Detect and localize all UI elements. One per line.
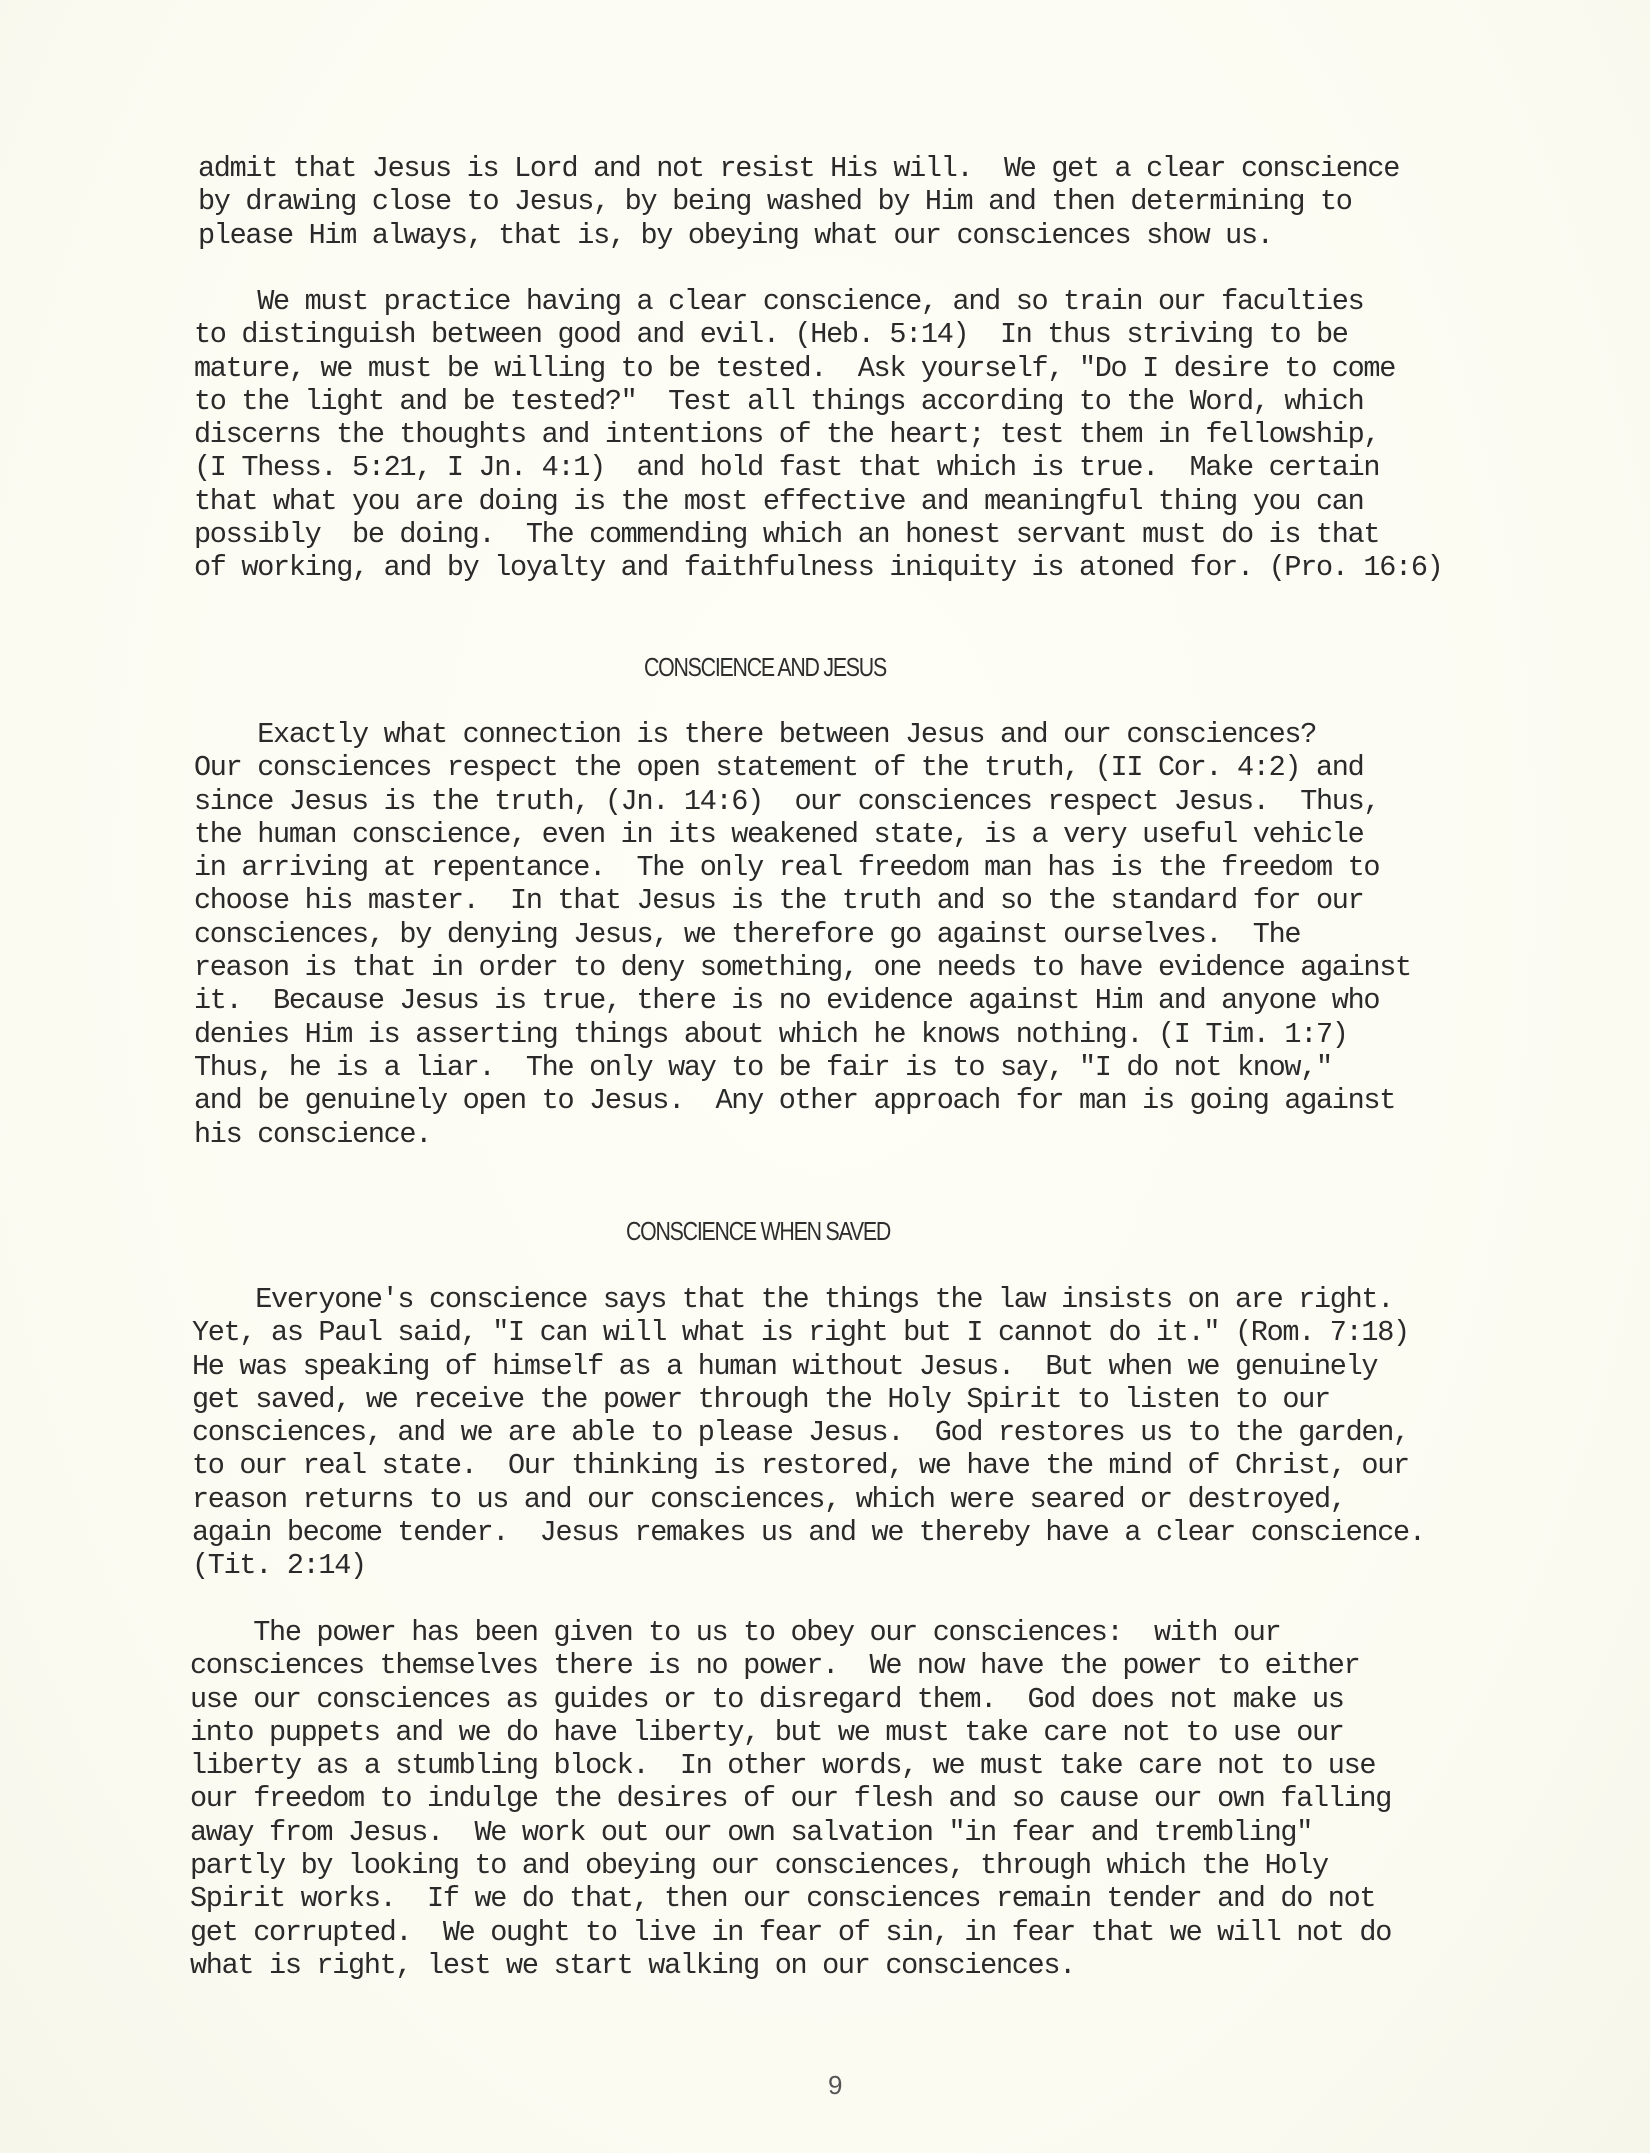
- text-line: get corrupted. We ought to live in fear …: [190, 1916, 1391, 1949]
- text-line: admit that Jesus is Lord and not resist …: [198, 152, 1399, 185]
- text-line: to distinguish between good and evil. (H…: [194, 318, 1442, 351]
- text-line: please Him always, that is, by obeying w…: [198, 219, 1399, 252]
- text-line: Exactly what connection is there between…: [194, 718, 1411, 751]
- text-line: use our consciences as guides or to disr…: [190, 1683, 1391, 1716]
- paragraph-2: We must practice having a clear conscien…: [194, 285, 1442, 585]
- text-line: We must practice having a clear conscien…: [194, 285, 1442, 318]
- text-line: liberty as a stumbling block. In other w…: [190, 1749, 1391, 1782]
- text-line: reason returns to us and our consciences…: [192, 1483, 1425, 1516]
- text-line: in arriving at repentance. The only real…: [194, 851, 1411, 884]
- text-line: and be genuinely open to Jesus. Any othe…: [194, 1084, 1411, 1117]
- text-line: He was speaking of himself as a human wi…: [192, 1350, 1425, 1383]
- document-page: admit that Jesus is Lord and not resist …: [0, 0, 1650, 2153]
- text-line: reason is that in order to deny somethin…: [194, 951, 1411, 984]
- text-line: Thus, he is a liar. The only way to be f…: [194, 1051, 1411, 1084]
- text-line: denies Him is asserting things about whi…: [194, 1018, 1411, 1051]
- paragraph-4: Everyone's conscience says that the thin…: [192, 1283, 1425, 1583]
- text-line: again become tender. Jesus remakes us an…: [192, 1516, 1425, 1549]
- paragraph-3: Exactly what connection is there between…: [194, 718, 1411, 1151]
- text-line: partly by looking to and obeying our con…: [190, 1849, 1391, 1882]
- text-line: our freedom to indulge the desires of ou…: [190, 1782, 1391, 1815]
- text-line: into puppets and we do have liberty, but…: [190, 1716, 1391, 1749]
- text-line: mature, we must be willing to be tested.…: [194, 352, 1442, 385]
- text-line: Spirit works. If we do that, then our co…: [190, 1882, 1391, 1915]
- text-line: his conscience.: [194, 1118, 1411, 1151]
- text-line: Everyone's conscience says that the thin…: [192, 1283, 1425, 1316]
- text-line: consciences, and we are able to please J…: [192, 1416, 1425, 1449]
- text-line: consciences themselves there is no power…: [190, 1649, 1391, 1682]
- text-line: discerns the thoughts and intentions of …: [194, 418, 1442, 451]
- text-line: consciences, by denying Jesus, we theref…: [194, 918, 1411, 951]
- text-line: to the light and be tested?" Test all th…: [194, 385, 1442, 418]
- page-number: 9: [828, 2070, 842, 2101]
- text-line: Yet, as Paul said, "I can will what is r…: [192, 1316, 1425, 1349]
- text-line: (I Thess. 5:21, I Jn. 4:1) and hold fast…: [194, 451, 1442, 484]
- text-line: it. Because Jesus is true, there is no e…: [194, 984, 1411, 1017]
- paragraph-5: The power has been given to us to obey o…: [190, 1616, 1391, 1982]
- text-line: (Tit. 2:14): [192, 1549, 1425, 1582]
- text-line: the human conscience, even in its weaken…: [194, 818, 1411, 851]
- text-line: that what you are doing is the most effe…: [194, 485, 1442, 518]
- text-line: possibly be doing. The commending which …: [194, 518, 1442, 551]
- text-line: of working, and by loyalty and faithfuln…: [194, 551, 1442, 584]
- text-line: Our consciences respect the open stateme…: [194, 751, 1411, 784]
- text-line: The power has been given to us to obey o…: [190, 1616, 1391, 1649]
- text-line: choose his master. In that Jesus is the …: [194, 884, 1411, 917]
- text-line: by drawing close to Jesus, by being wash…: [198, 185, 1399, 218]
- section-heading-conscience-when-saved: CONSCIENCE WHEN SAVED: [626, 1216, 890, 1247]
- text-line: since Jesus is the truth, (Jn. 14:6) our…: [194, 785, 1411, 818]
- text-line: to our real state. Our thinking is resto…: [192, 1449, 1425, 1482]
- text-line: what is right, lest we start walking on …: [190, 1949, 1391, 1982]
- text-line: away from Jesus. We work out our own sal…: [190, 1816, 1391, 1849]
- text-line: get saved, we receive the power through …: [192, 1383, 1425, 1416]
- paragraph-1: admit that Jesus is Lord and not resist …: [198, 152, 1399, 252]
- section-heading-conscience-and-jesus: CONSCIENCE AND JESUS: [644, 652, 886, 683]
